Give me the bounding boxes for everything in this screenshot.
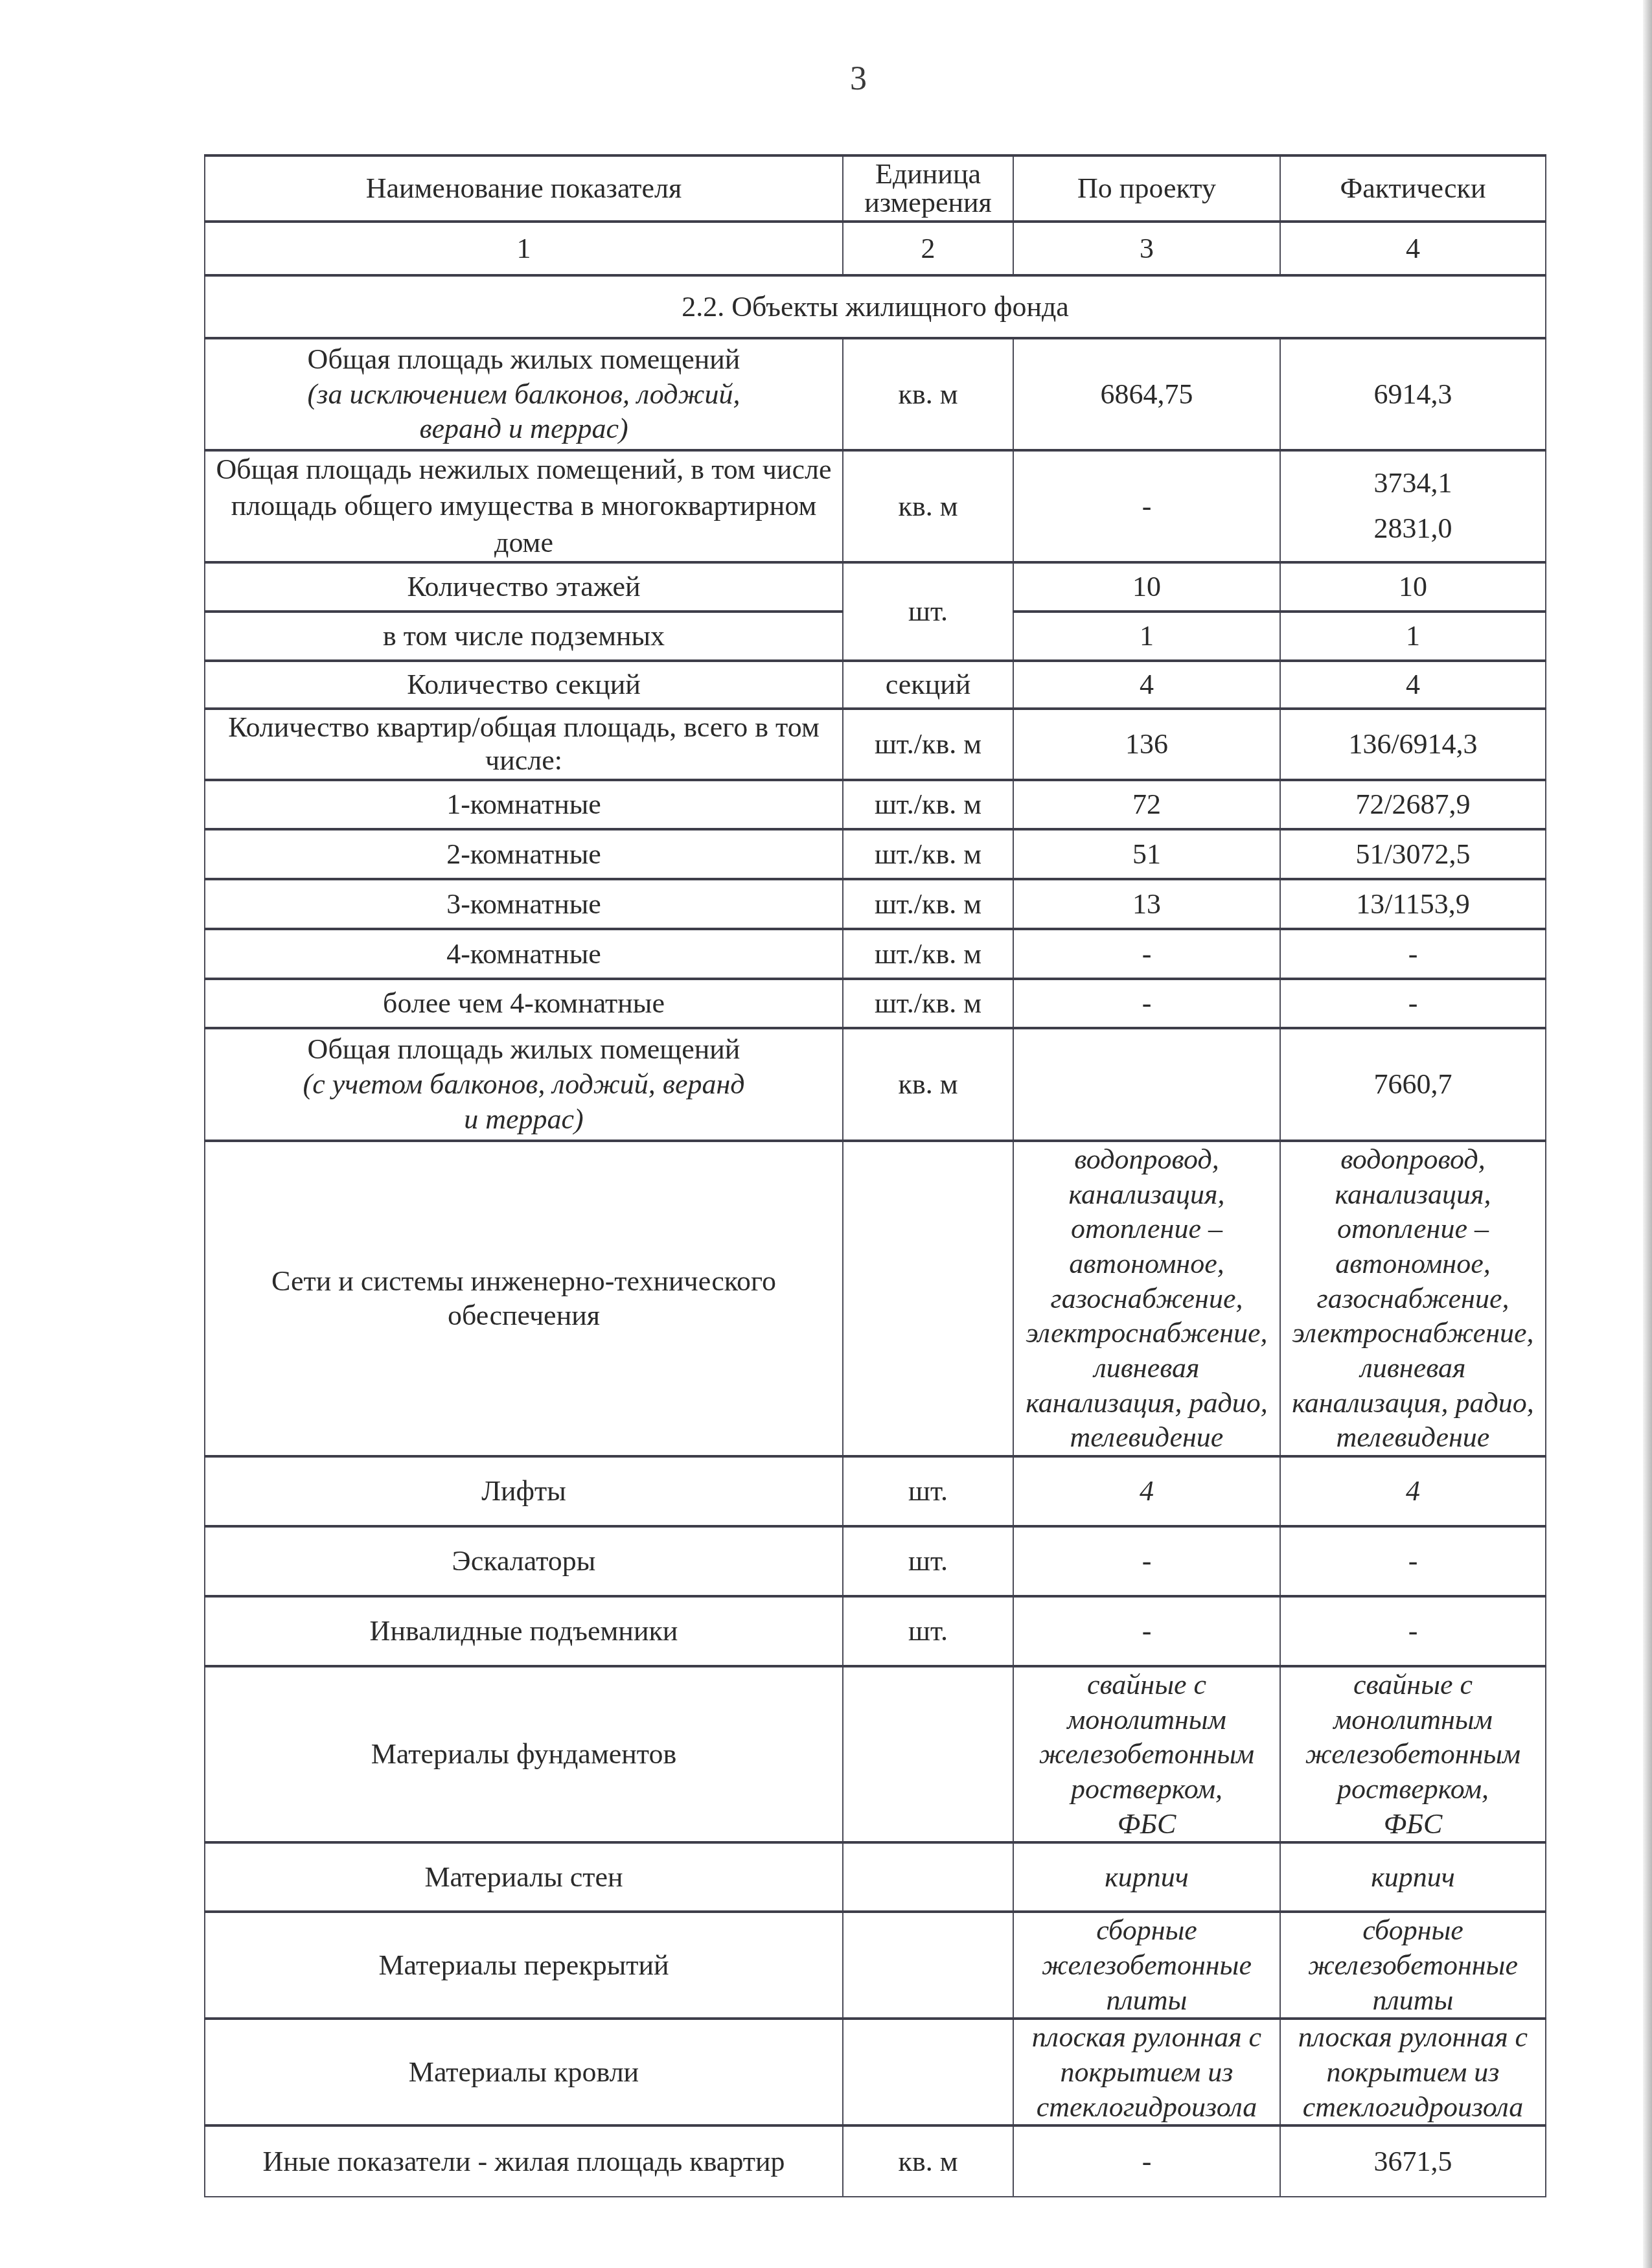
column-numbers-row: 1 2 3 4 — [205, 222, 1546, 275]
header-actual: Фактически — [1280, 155, 1546, 222]
actual-value: плоская рулонная спокрытием изстеклогидр… — [1280, 2019, 1546, 2125]
scan-edge-shadow — [1643, 0, 1652, 2268]
project-value: 4 — [1013, 1456, 1280, 1526]
row-name-underground: в том числе подземных — [205, 612, 843, 661]
project-value: 4 — [1013, 661, 1280, 709]
cell-line: водопровод, — [1018, 1142, 1276, 1177]
table-row: 2-комнатные шт./кв. м 51 51/3072,5 — [205, 829, 1546, 879]
project-value: свайные смонолитнымжелезобетоннымроствер… — [1013, 1666, 1280, 1842]
cell-line: железобетонные — [1018, 1948, 1276, 1983]
table-row: Лифты шт. 4 4 — [205, 1456, 1546, 1526]
unit — [843, 2019, 1013, 2125]
cell-line: монолитным — [1285, 1702, 1541, 1737]
cell-line: автономное, — [1285, 1246, 1541, 1281]
project-value: сборныежелезобетонныеплиты — [1013, 1912, 1280, 2019]
actual-value: 72/2687,9 — [1280, 780, 1546, 829]
unit: шт./кв. м — [843, 829, 1013, 879]
table-row: Общая площадь нежилых помещений, в том ч… — [205, 450, 1546, 562]
project-value: - — [1013, 929, 1280, 979]
row-name-walls: Материалы стен — [205, 1842, 843, 1912]
project-value: - — [1013, 450, 1280, 562]
unit: шт./кв. м — [843, 709, 1013, 780]
cell-line: свайные с — [1285, 1667, 1541, 1702]
project-value: водопровод,канализация,отопление –автоно… — [1013, 1141, 1280, 1456]
unit: кв. м — [843, 450, 1013, 562]
cell-line: телевидение — [1285, 1420, 1541, 1455]
project-value: плоская рулонная спокрытием изстеклогидр… — [1013, 2019, 1280, 2125]
unit: шт./кв. м — [843, 929, 1013, 979]
row-name-living-area-full: Общая площадь жилых помещений (с учетом … — [205, 1028, 843, 1141]
row-name-apartments: Количество квартир/общая площадь, всего … — [205, 709, 843, 780]
project-value: 1 — [1013, 612, 1280, 661]
cell-line: железобетонным — [1018, 1737, 1276, 1772]
table-row: Материалы кровли плоская рулонная спокры… — [205, 2019, 1546, 2125]
row-name-networks: Сети и системы инженерно-технического об… — [205, 1141, 843, 1456]
header-indicator-name: Наименование показателя — [205, 155, 843, 222]
cell-line: ростверком, — [1285, 1772, 1541, 1807]
cell-line: плиты — [1285, 1983, 1541, 2018]
actual-value: кирпич — [1280, 1842, 1546, 1912]
unit: кв. м — [843, 1028, 1013, 1141]
cell-line: канализация, радио, — [1285, 1386, 1541, 1421]
row-name-rooms-3: 3-комнатные — [205, 879, 843, 929]
row-name-rooms-1: 1-комнатные — [205, 780, 843, 829]
table-row: Эскалаторы шт. - - — [205, 1526, 1546, 1596]
table-row: Общая площадь жилых помещений (с учетом … — [205, 1028, 1546, 1141]
actual-value: - — [1280, 1526, 1546, 1596]
actual-value: 3734,1 2831,0 — [1280, 450, 1546, 562]
cell-line: плоская рулонная с — [1285, 2020, 1541, 2055]
cell-line: плиты — [1018, 1983, 1276, 2018]
cell-line: сборные — [1285, 1913, 1541, 1948]
row-name-rooms-more: более чем 4-комнатные — [205, 979, 843, 1028]
cell-line: стеклогидроизола — [1285, 2090, 1541, 2125]
actual-value: сборныежелезобетонныеплиты — [1280, 1912, 1546, 2019]
actual-value: 6914,3 — [1280, 338, 1546, 450]
header-unit: Единица измерения — [843, 155, 1013, 222]
row-name-nonliving-area: Общая площадь нежилых помещений, в том ч… — [205, 450, 843, 562]
unit: шт./кв. м — [843, 780, 1013, 829]
unit: секций — [843, 661, 1013, 709]
table-row: Количество квартир/общая площадь, всего … — [205, 709, 1546, 780]
cell-line: стеклогидроизола — [1018, 2090, 1276, 2125]
table-row: Количество секций секций 4 4 — [205, 661, 1546, 709]
table-row: Материалы стен кирпич кирпич — [205, 1842, 1546, 1912]
column-number-4: 4 — [1280, 222, 1546, 275]
unit — [843, 1842, 1013, 1912]
unit: шт./кв. м — [843, 979, 1013, 1028]
row-name-rooms-4: 4-комнатные — [205, 929, 843, 979]
cell-line: газоснабжение, — [1018, 1281, 1276, 1316]
project-value: 136 — [1013, 709, 1280, 780]
cell-line: ростверком, — [1018, 1772, 1276, 1807]
project-value: 6864,75 — [1013, 338, 1280, 450]
actual-value: 51/3072,5 — [1280, 829, 1546, 879]
unit — [843, 1141, 1013, 1456]
table-row: Инвалидные подъемники шт. - - — [205, 1596, 1546, 1666]
header-project: По проекту — [1013, 155, 1280, 222]
cell-line: автономное, — [1018, 1246, 1276, 1281]
project-value: - — [1013, 2125, 1280, 2197]
unit: шт. — [843, 1596, 1013, 1666]
table-row: Материалы фундаментов свайные смонолитны… — [205, 1666, 1546, 1842]
row-name-floors: Количество этажей — [205, 562, 843, 612]
cell-line: отопление – — [1285, 1211, 1541, 1246]
row-name-roof: Материалы кровли — [205, 2019, 843, 2125]
row-name-elevators: Лифты — [205, 1456, 843, 1526]
table-row: 3-комнатные шт./кв. м 13 13/1153,9 — [205, 879, 1546, 929]
cell-line: покрытием из — [1285, 2055, 1541, 2090]
cell-line: электроснабжение, — [1018, 1316, 1276, 1351]
cell-line: газоснабжение, — [1285, 1281, 1541, 1316]
unit: шт. — [843, 1456, 1013, 1526]
column-number-3: 3 — [1013, 222, 1280, 275]
row-name-rooms-2: 2-комнатные — [205, 829, 843, 879]
unit: шт. — [843, 1526, 1013, 1596]
cell-line: железобетонным — [1285, 1737, 1541, 1772]
table-row: 4-комнатные шт./кв. м - - — [205, 929, 1546, 979]
actual-value: - — [1280, 1596, 1546, 1666]
unit: шт. — [843, 562, 1013, 661]
project-value: 13 — [1013, 879, 1280, 929]
table-row: Материалы перекрытий сборныежелезобетонн… — [205, 1912, 1546, 2019]
page-number: 3 — [0, 60, 1652, 98]
project-value: - — [1013, 979, 1280, 1028]
project-value: 72 — [1013, 780, 1280, 829]
cell-line: ливневая — [1285, 1351, 1541, 1386]
actual-value: водопровод,канализация,отопление –автоно… — [1280, 1141, 1546, 1456]
project-value: - — [1013, 1596, 1280, 1666]
column-number-1: 1 — [205, 222, 843, 275]
project-value: - — [1013, 1526, 1280, 1596]
cell-line: электроснабжение, — [1285, 1316, 1541, 1351]
actual-value: 10 — [1280, 562, 1546, 612]
project-value: кирпич — [1013, 1842, 1280, 1912]
actual-value: 3671,5 — [1280, 2125, 1546, 2197]
cell-line: свайные с — [1018, 1667, 1276, 1702]
cell-line: водопровод, — [1285, 1142, 1541, 1177]
cell-line: канализация, — [1018, 1177, 1276, 1212]
table-row: Иные показатели - жилая площадь квартир … — [205, 2125, 1546, 2197]
actual-value: 136/6914,3 — [1280, 709, 1546, 780]
indicators-table: Наименование показателя Единица измерени… — [204, 154, 1546, 2197]
cell-line: ливневая — [1018, 1351, 1276, 1386]
row-name-living-area: Общая площадь жилых помещений (за исключ… — [205, 338, 843, 450]
unit: кв. м — [843, 338, 1013, 450]
cell-line: канализация, — [1285, 1177, 1541, 1212]
table-row: Общая площадь жилых помещений (за исключ… — [205, 338, 1546, 450]
unit — [843, 1912, 1013, 2019]
cell-line: плоская рулонная с — [1018, 2020, 1276, 2055]
row-name-floor-slabs: Материалы перекрытий — [205, 1912, 843, 2019]
row-name-living-space: Иные показатели - жилая площадь квартир — [205, 2125, 843, 2197]
cell-line: ФБС — [1285, 1807, 1541, 1842]
actual-value: - — [1280, 979, 1546, 1028]
actual-value: 4 — [1280, 1456, 1546, 1526]
unit: шт./кв. м — [843, 879, 1013, 929]
actual-value: 13/1153,9 — [1280, 879, 1546, 929]
cell-line: отопление – — [1018, 1211, 1276, 1246]
cell-line: железобетонные — [1285, 1948, 1541, 1983]
table-header-row: Наименование показателя Единица измерени… — [205, 155, 1546, 222]
row-name-escalators: Эскалаторы — [205, 1526, 843, 1596]
row-name-disabled-lifts: Инвалидные подъемники — [205, 1596, 843, 1666]
row-name-sections: Количество секций — [205, 661, 843, 709]
cell-line: покрытием из — [1018, 2055, 1276, 2090]
table-row: Сети и системы инженерно-технического об… — [205, 1141, 1546, 1456]
cell-line: телевидение — [1018, 1420, 1276, 1455]
cell-line: канализация, радио, — [1018, 1386, 1276, 1421]
cell-line: сборные — [1018, 1913, 1276, 1948]
section-title-row: 2.2. Объекты жилищного фонда — [205, 275, 1546, 338]
actual-value: 4 — [1280, 661, 1546, 709]
actual-value: 7660,7 — [1280, 1028, 1546, 1141]
cell-line: монолитным — [1018, 1702, 1276, 1737]
table-row: Количество этажей шт. 10 10 — [205, 562, 1546, 612]
column-number-2: 2 — [843, 222, 1013, 275]
unit: кв. м — [843, 2125, 1013, 2197]
table-row: более чем 4-комнатные шт./кв. м - - — [205, 979, 1546, 1028]
cell-line: ФБС — [1018, 1807, 1276, 1842]
unit — [843, 1666, 1013, 1842]
row-name-foundation: Материалы фундаментов — [205, 1666, 843, 1842]
actual-value: свайные смонолитнымжелезобетоннымроствер… — [1280, 1666, 1546, 1842]
actual-value: 1 — [1280, 612, 1546, 661]
actual-value: - — [1280, 929, 1546, 979]
project-value — [1013, 1028, 1280, 1141]
section-title: 2.2. Объекты жилищного фонда — [205, 275, 1546, 338]
table-row: 1-комнатные шт./кв. м 72 72/2687,9 — [205, 780, 1546, 829]
project-value: 51 — [1013, 829, 1280, 879]
project-value: 10 — [1013, 562, 1280, 612]
